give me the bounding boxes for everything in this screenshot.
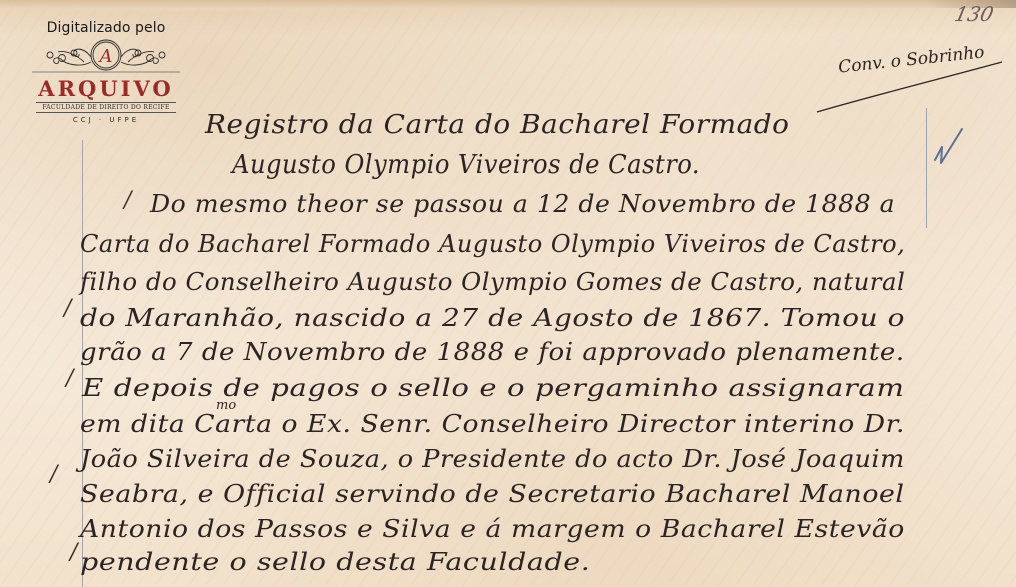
scroll-ornament-icon: A (28, 38, 184, 76)
logo-unit: CCJ · UFPE (28, 116, 184, 124)
archive-logo: Digitalizado pelo A ARQUIVO (28, 18, 184, 130)
margin-mark: / (66, 366, 73, 391)
margin-mark: / (50, 462, 57, 487)
document-body-line: Carta do Bacharel Formado Augusto Olympi… (80, 230, 905, 258)
document-body-line: em dita Carta o Ex. Senr. Conselheiro Di… (80, 410, 905, 438)
document-body-line: do Maranhão, nascido a 27 de Agosto de 1… (80, 304, 905, 332)
document-title-line-2: Augusto Olympio Viveiros de Castro. (232, 150, 700, 180)
document-body-line: E depois de pagos o sello e o pergaminho… (82, 374, 905, 402)
margin-mark: / (64, 296, 71, 321)
logo-title: ARQUIVO (28, 78, 184, 100)
margin-mark: / (70, 540, 77, 565)
document-body-line: filho do Conselheiro Augusto Olympio Gom… (80, 268, 905, 296)
right-margin-rule (926, 108, 927, 228)
document-body-line: João Silveira de Souza, o Presidente do … (80, 445, 905, 473)
page-number: 130 (952, 2, 995, 26)
document-title-line-1: Registro da Carta do Bacharel Formado (205, 110, 789, 140)
signature-flourish-icon (812, 56, 1012, 116)
document-body-line: grão a 7 de Novembro de 1888 e foi appro… (80, 338, 905, 366)
document-body-line: pendente o sello desta Faculdade. (80, 548, 590, 576)
document-body-line: Do mesmo theor se passou a 12 de Novembr… (150, 190, 895, 218)
logo-institution: FACULDADE DE DIREITO DO RECIFE (36, 102, 176, 113)
paper-stain (0, 0, 1016, 14)
check-mark-icon (932, 125, 972, 175)
margin-mark: / (124, 188, 131, 213)
document-body-line: Seabra, e Official servindo de Secretari… (80, 480, 905, 508)
logo-emblem: A (28, 38, 184, 74)
logo-caption: Digitalizado pelo (28, 20, 184, 36)
svg-text:A: A (98, 46, 113, 67)
document-body-line: Antonio dos Passos e Silva e á margem o … (80, 515, 905, 543)
